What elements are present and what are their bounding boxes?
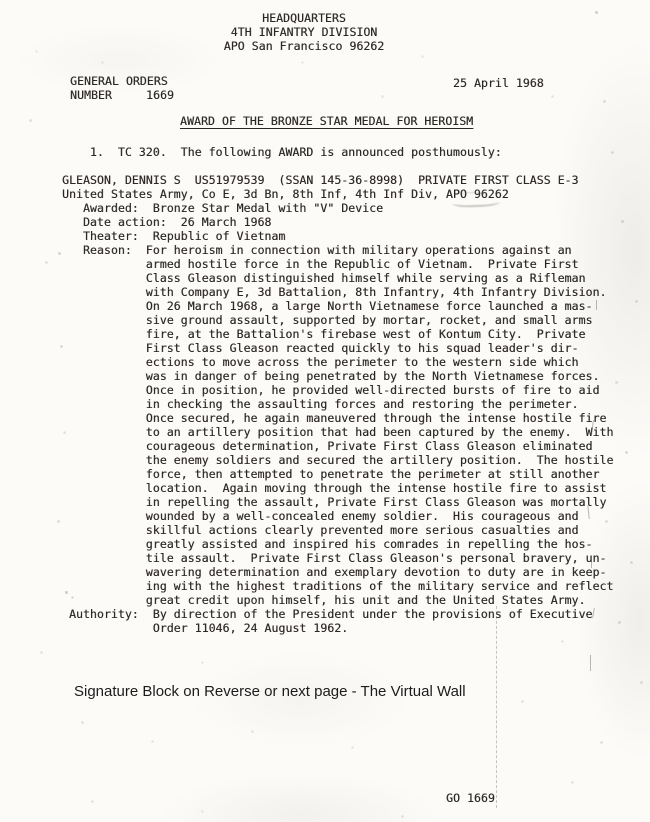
annotation-note: Signature Block on Reverse or next page … (74, 682, 466, 701)
scan-artifact-dash (590, 655, 591, 671)
orders-number-value: 1669 (146, 88, 174, 102)
scan-noise-speckles (0, 0, 1, 1)
orders-number-label: NUMBER (70, 88, 112, 102)
document-page: HEADQUARTERS 4TH INFANTRY DIVISION APO S… (0, 0, 650, 822)
general-orders-label: GENERAL ORDERS (70, 74, 168, 88)
footer-go-number: GO 1669 (446, 791, 495, 805)
document-title: AWARD OF THE BRONZE STAR MEDAL FOR HEROI… (180, 114, 473, 128)
letterhead: HEADQUARTERS 4TH INFANTRY DIVISION APO S… (4, 11, 604, 53)
order-date: 25 April 1968 (453, 76, 544, 90)
order-body-text: 1. TC 320. The following AWARD is announ… (62, 145, 613, 635)
scan-artifact-dotted-line (496, 606, 497, 808)
